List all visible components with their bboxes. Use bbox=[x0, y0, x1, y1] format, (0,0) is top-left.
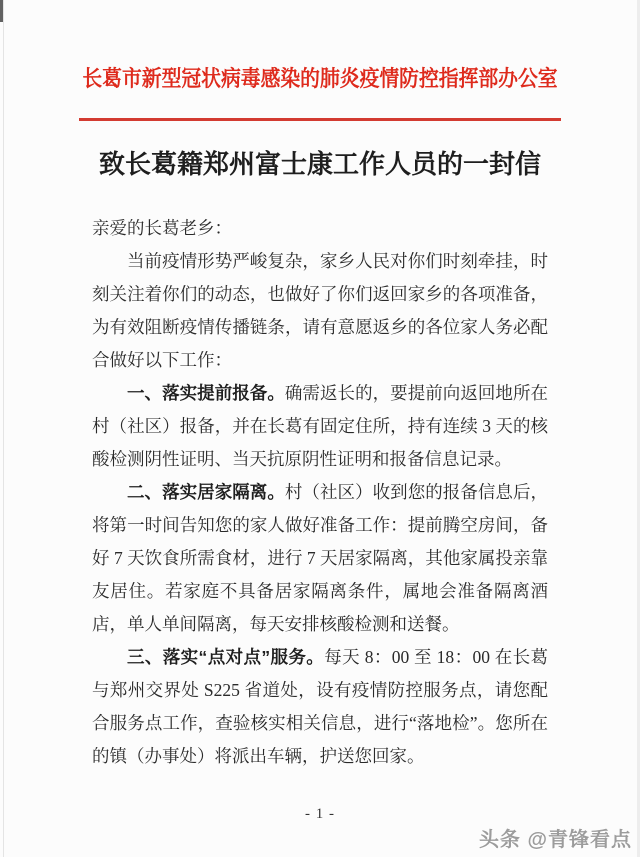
paragraph-item-1-lead: 一、落实提前报备。 bbox=[127, 383, 285, 403]
office-header-title: 长葛市新型冠状病毒感染的肺炎疫情防控指挥部办公室 bbox=[32, 62, 608, 93]
paragraph-item-2: 二、落实居家隔离。村（社区）收到您的报备信息后，将第一时间告知您的家人做好准备工… bbox=[92, 476, 548, 641]
paragraph-item-1: 一、落实提前报备。确需返长的，要提前向返回地所在村（社区）报备，并在长葛有固定住… bbox=[92, 377, 548, 476]
paragraph-intro-text: 当前疫情形势严峻复杂，家乡人民对你们时刻牵挂，时刻关注着你们的动态，也做好了你们… bbox=[92, 251, 548, 370]
letter-body: 亲爱的长葛老乡： 当前疫情形势严峻复杂，家乡人民对你们时刻牵挂，时刻关注着你们的… bbox=[92, 212, 548, 773]
paragraph-item-3: 三、落实“点对点”服务。每天 8：00 至 18：00 在长葛与郑州交界处 S2… bbox=[92, 641, 548, 773]
salutation: 亲爱的长葛老乡： bbox=[92, 212, 548, 245]
letter-title: 致长葛籍郑州富士康工作人员的一封信 bbox=[0, 144, 640, 181]
paragraph-item-3-lead: 三、落实“点对点”服务。 bbox=[127, 647, 324, 667]
paragraph-item-2-text: 村（社区）收到您的报备信息后，将第一时间告知您的家人做好准备工作：提前腾空房间，… bbox=[92, 482, 548, 634]
paragraph-intro: 当前疫情形势严峻复杂，家乡人民对你们时刻牵挂，时刻关注着你们的动态，也做好了你们… bbox=[92, 245, 548, 377]
watermark-toutiao: 头条 @青锋看点 bbox=[479, 823, 632, 852]
header-rule-divider bbox=[79, 118, 561, 121]
scan-left-edge bbox=[3, 0, 4, 857]
page-number: - 1 - bbox=[0, 806, 640, 823]
paragraph-item-2-lead: 二、落实居家隔离。 bbox=[127, 482, 285, 502]
document-page: 长葛市新型冠状病毒感染的肺炎疫情防控指挥部办公室 致长葛籍郑州富士康工作人员的一… bbox=[0, 0, 640, 857]
